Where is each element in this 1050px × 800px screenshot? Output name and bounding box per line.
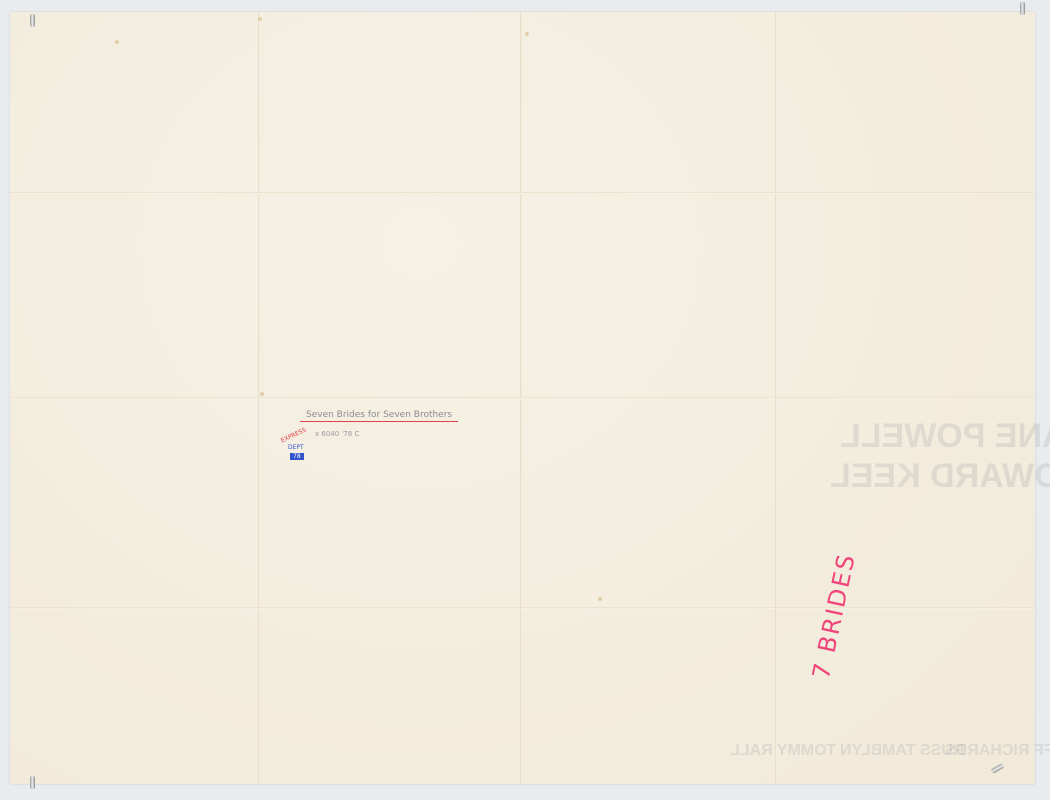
stain — [260, 392, 264, 396]
stain — [525, 32, 529, 36]
stamp-mid: DEPT — [288, 444, 304, 451]
stain — [598, 597, 602, 601]
stain — [115, 40, 119, 44]
pencil-title-note: Seven Brides for Seven Brothers — [300, 410, 458, 422]
pink-marker-note: 7 BRIDES — [807, 550, 861, 681]
fold-line — [10, 607, 1035, 609]
poster-back: JANE POWELL HOWARD KEEL JEFF RICHARDS RU… — [10, 12, 1035, 784]
pin — [30, 776, 35, 789]
pin — [1020, 2, 1025, 15]
show-through-credit: HOWARD KEEL — [830, 457, 1050, 496]
pin — [30, 14, 35, 27]
stamp-top: EXPRESS — [280, 427, 308, 445]
stamp-bottom: 78 — [290, 453, 304, 460]
show-through-name: TOMMY RALL — [730, 742, 836, 760]
stain — [258, 17, 262, 21]
pencil-subnote: x 6040 '78 C — [315, 430, 359, 438]
fold-line — [10, 192, 1035, 194]
show-through-name: RUSS TAMBLYN — [840, 742, 964, 760]
fold-line — [10, 397, 1035, 399]
show-through-credit: JANE POWELL — [840, 417, 1050, 456]
